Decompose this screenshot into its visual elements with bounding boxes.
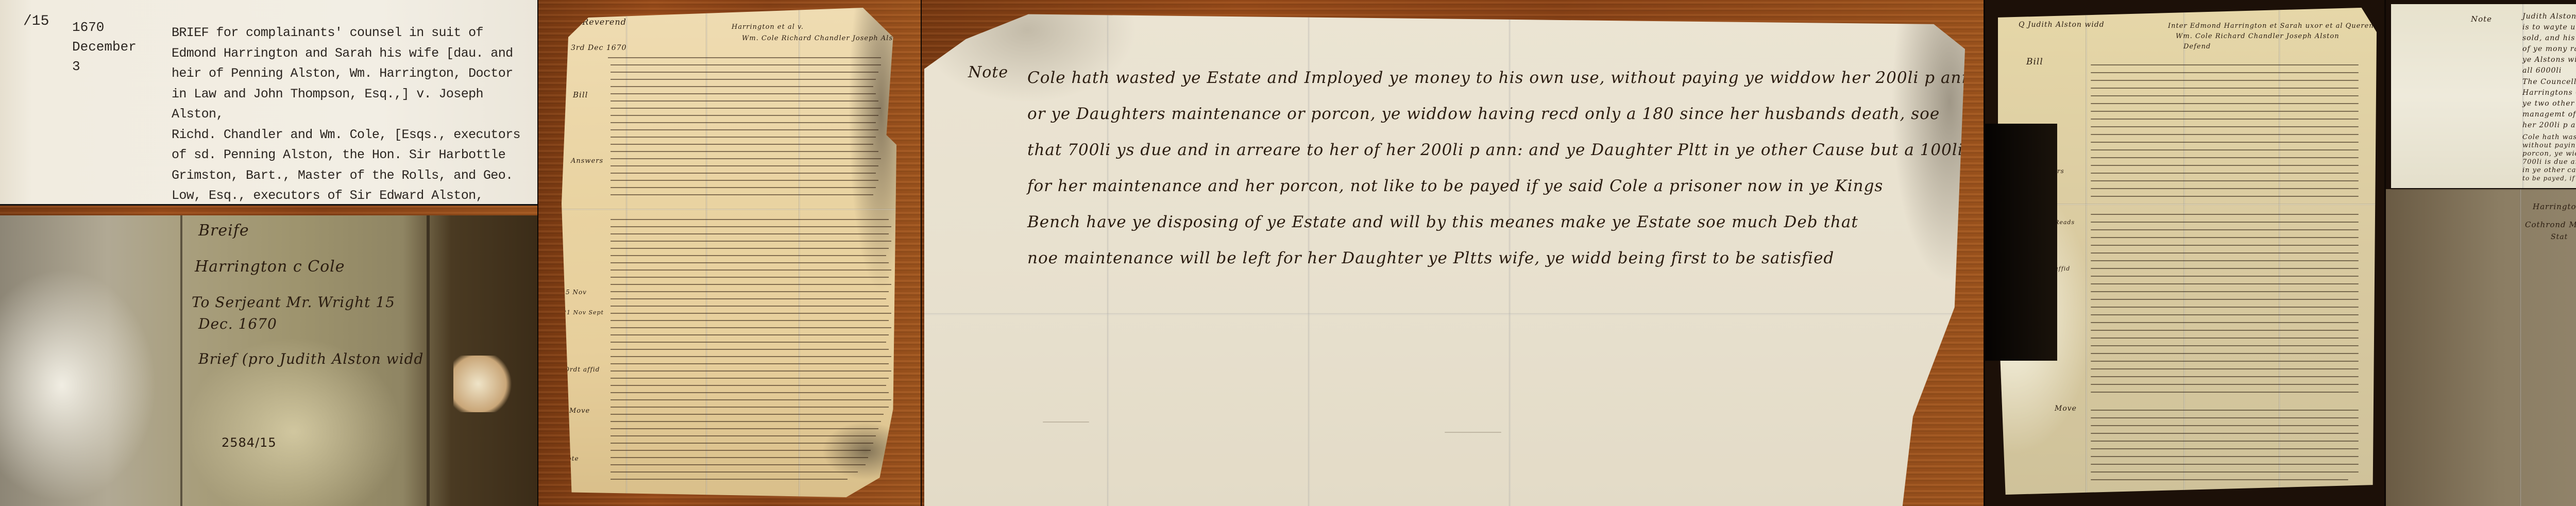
handwriting-line xyxy=(2091,111,2359,112)
handwriting-line xyxy=(2091,173,2359,174)
handwriting-line xyxy=(2091,441,2359,442)
handwriting-line xyxy=(2091,134,2359,135)
note-line: to be payed, if ye said Cole a prisoner … xyxy=(2522,175,2576,182)
handwriting-line xyxy=(611,180,878,181)
handwriting-line xyxy=(611,464,866,465)
lower-docket: Harrington and Cole Cothrond Moore et al… xyxy=(2386,189,2576,506)
handwriting-line xyxy=(2091,237,2359,238)
note-line: all 6000li xyxy=(2522,66,2562,75)
handwriting-line xyxy=(2091,64,2359,65)
copy-header: Inter Edmond Harrington et Sarah uxor et… xyxy=(2168,22,2384,30)
margin-note: Move xyxy=(2055,404,2077,413)
handwriting-line xyxy=(2091,307,2359,308)
handwriting-line xyxy=(2091,299,2359,300)
handwriting-line xyxy=(611,284,891,285)
card-line: of sd. Penning Alston, the Hon. Sir Harb… xyxy=(172,145,522,165)
fold-line xyxy=(2520,189,2521,506)
card-line: Edmond Harrington and Sarah his wife [da… xyxy=(172,43,522,64)
handwriting-line xyxy=(2091,345,2359,346)
handwriting-line xyxy=(611,151,878,152)
catalogue-date: 1670 December 3 xyxy=(72,18,137,76)
handwriting-line xyxy=(2091,276,2359,277)
handwriting-line xyxy=(611,173,876,174)
handwriting-line xyxy=(611,399,891,400)
note-line: sold, and his wifes porcon payed, accord… xyxy=(2522,34,2576,42)
panel-catalogue-card-and-docket: /15 1670 December 3 BRIEF for complainan… xyxy=(0,0,537,506)
brief-header: Harrington et al v. xyxy=(732,23,804,31)
handwriting-line xyxy=(611,194,873,195)
panel-brief-front: Q Reverend 3rd Dec 1670 Bill Answers 5 N… xyxy=(538,0,921,506)
handwriting-line xyxy=(611,277,889,278)
handwriting-line xyxy=(2091,353,2359,354)
date-day: 3 xyxy=(72,57,137,76)
note-line: managemt of ye Estate, and receiving ye … xyxy=(2522,110,2576,119)
handwriting-line xyxy=(2091,384,2359,385)
binding-shadow xyxy=(1985,124,2057,361)
panel-brief-reverse: Note Cole hath wasted ye Estate and Impl… xyxy=(922,0,1984,506)
card-line: Richd. Chandler and Wm. Cole, [Esqs., ex… xyxy=(172,125,522,145)
note-line: ye Alstons will 2000li of ye said monys … xyxy=(2522,56,2576,64)
reverse-line: Bench have ye disposing of ye Estate and… xyxy=(1027,210,1858,234)
margin-note: Bill xyxy=(573,90,588,99)
reverse-line: or ye Daughters maintenance or porcon, y… xyxy=(1027,102,1940,126)
margin-note: Note xyxy=(562,455,579,462)
margin-note: Note xyxy=(2471,14,2492,24)
handwriting-line xyxy=(611,327,891,328)
handwriting-line xyxy=(611,378,889,379)
margin-note: Note xyxy=(968,63,1008,81)
handwriting-line xyxy=(611,385,886,386)
handwriting-line xyxy=(611,407,889,408)
note-line: Judith Alston ye widdow hath also exhibi… xyxy=(2522,12,2576,21)
handwriting-line xyxy=(2091,417,2359,418)
handwriting-line xyxy=(611,479,848,480)
catalogue-reference: /15 xyxy=(23,13,49,29)
wood-background xyxy=(0,206,537,215)
handwriting-line xyxy=(2091,322,2359,323)
card-line: BRIEF for complainants' counsel in suit … xyxy=(172,23,522,43)
handwriting-line xyxy=(611,241,891,242)
handwriting-line xyxy=(611,370,891,372)
handwriting-line xyxy=(611,64,881,65)
handwriting-line xyxy=(611,79,876,80)
note-line: in ye other cause, but 100li for her mai… xyxy=(2522,166,2576,174)
fold-line xyxy=(799,8,800,497)
handwriting-line xyxy=(611,269,891,271)
handwriting-line xyxy=(611,93,876,94)
handwriting-line xyxy=(611,262,889,263)
handwriting-line xyxy=(611,129,878,130)
fold-line xyxy=(2086,8,2087,495)
fold-line xyxy=(427,215,430,506)
handwriting-line xyxy=(2091,229,2359,230)
copy-header: Wm. Cole Richard Chandler Joseph Alston xyxy=(2176,32,2340,40)
panel-note-sheet: Harrington and Cole Cothrond Moore et al… xyxy=(2386,0,2576,506)
reverse-line: noe maintenance will be left for her Dau… xyxy=(1027,246,1834,271)
docket-line: Harrington and Cole xyxy=(2533,202,2576,211)
docket-line: Breife xyxy=(198,222,249,240)
handwriting-line xyxy=(611,356,891,357)
handwriting-line xyxy=(611,414,884,415)
handwriting-line xyxy=(2091,425,2359,426)
margin-note: 21 Nov Sept xyxy=(563,309,604,316)
copy-header: Defend xyxy=(2183,43,2211,50)
handwriting-line xyxy=(611,421,881,422)
archive-number: 2584/15 xyxy=(222,435,277,450)
docket-line: Cothrond Moore et al xyxy=(2525,220,2576,229)
handwriting-line xyxy=(2091,479,2348,480)
handwriting-line xyxy=(2091,126,2359,127)
handwriting-line xyxy=(611,108,881,109)
handwriting-line xyxy=(2091,410,2359,411)
brief-reverse-sheet: Note Cole hath wasted ye Estate and Impl… xyxy=(924,9,1965,506)
note-line: 700li is due and in arreare to her of he… xyxy=(2522,158,2576,166)
torn-seal xyxy=(453,356,515,412)
handwriting-line xyxy=(2091,214,2359,215)
handwriting-line xyxy=(2091,72,2359,73)
handwriting-line xyxy=(611,320,889,321)
handwriting-line xyxy=(611,313,891,314)
handwriting-line xyxy=(2091,180,2359,181)
handwriting-line xyxy=(611,334,889,335)
handwriting-line xyxy=(2091,80,2359,81)
fold-line xyxy=(626,8,628,497)
note-line: porcon, ye widdow having recd only 100li… xyxy=(2522,150,2576,158)
margin-note: Q Judith Alston widd xyxy=(2019,21,2105,29)
handwriting-line xyxy=(608,57,881,58)
reverse-line: that 700li ys due and in arreare to her … xyxy=(1027,138,1963,162)
margin-note: Ordt affid xyxy=(564,366,600,373)
margin-note: 3rd Dec 1670 xyxy=(571,44,626,52)
handwriting-line xyxy=(611,291,889,292)
handwriting-line xyxy=(611,248,889,249)
handwriting-line xyxy=(2091,245,2359,246)
handwriting-line xyxy=(611,349,889,350)
handwriting-line xyxy=(611,115,878,116)
fold-line xyxy=(562,209,896,210)
handwriting-line xyxy=(611,233,889,234)
reverse-line: Cole hath wasted ye Estate and Imployed … xyxy=(1027,66,1972,90)
panel-brief-copy: Q Judith Alston widd Bill Answers Ordr R… xyxy=(1985,0,2384,506)
handwriting-line xyxy=(611,428,878,429)
handwriting-line xyxy=(611,72,878,73)
margin-note: Q Reverend xyxy=(572,17,626,27)
handwriting-line xyxy=(611,443,873,444)
handwriting-line xyxy=(2091,103,2359,104)
margin-note: Move xyxy=(569,407,590,415)
note-line: Harringtons Councell, agt Cole Deft in b… xyxy=(2522,89,2576,97)
handwriting-line xyxy=(611,450,871,451)
handwriting-line xyxy=(2091,376,2359,377)
handwriting-line xyxy=(2091,448,2359,449)
handwriting-line xyxy=(611,137,876,138)
fold-line xyxy=(924,313,1965,315)
handwriting-line xyxy=(611,158,881,159)
handwriting-line xyxy=(2091,95,2359,96)
handwriting-line xyxy=(2091,157,2359,158)
note-line: her 200li p ann xyxy=(2522,121,2576,129)
handwriting-line xyxy=(611,435,876,436)
handwriting-line xyxy=(611,226,891,227)
ink-bleed xyxy=(1043,421,1089,423)
handwriting-line xyxy=(611,392,889,393)
margin-note: Answers xyxy=(571,157,603,165)
handwriting-line xyxy=(611,363,889,364)
card-line: in Law and John Thompson, Esq.,] v. Jose… xyxy=(172,84,522,125)
handwriting-line xyxy=(2091,338,2359,339)
handwriting-line xyxy=(2091,268,2359,269)
handwriting-line xyxy=(611,165,878,166)
handwriting-line xyxy=(611,342,886,343)
date-year: 1670 xyxy=(72,18,137,37)
docket-line: Brief (pro Judith Alston widd xyxy=(198,350,423,367)
handwriting-line xyxy=(2091,88,2359,89)
docket-line: Stat xyxy=(2551,233,2568,241)
docket-line: Dec. 1670 xyxy=(198,315,277,332)
docket-line: Harrington c Cole xyxy=(195,258,345,276)
handwriting-line xyxy=(2091,252,2359,254)
fold-line xyxy=(706,8,707,497)
handwriting-line xyxy=(611,187,876,188)
margin-note: Bill xyxy=(2026,57,2043,67)
handwriting-line xyxy=(611,219,889,220)
handwriting-line xyxy=(2091,433,2359,434)
handwriting-line xyxy=(2091,361,2359,362)
docket-line: To Serjeant Mr. Wright 15 xyxy=(192,294,395,311)
ink-bleed xyxy=(1445,432,1501,433)
handwriting-line xyxy=(611,255,886,256)
fold-line xyxy=(180,215,182,506)
margin-note: 5 Nov xyxy=(566,289,587,296)
note-sheet: Note Judith Alston ye widdow hath also e… xyxy=(2391,4,2576,188)
handwriting-line xyxy=(2091,119,2359,120)
brief-sheet: Q Reverend 3rd Dec 1670 Bill Answers 5 N… xyxy=(562,8,896,497)
handwriting-line xyxy=(611,86,873,87)
handwriting-line xyxy=(611,306,889,307)
handwriting-line xyxy=(2091,149,2359,150)
handwriting-line xyxy=(2091,165,2359,166)
handwriting-line xyxy=(2091,260,2359,261)
handwriting-line xyxy=(2091,392,2359,393)
catalogue-card: /15 1670 December 3 BRIEF for complainan… xyxy=(0,0,537,206)
handwriting-line xyxy=(2091,456,2359,457)
handwriting-line xyxy=(2091,283,2359,284)
handwriting-line xyxy=(611,298,886,299)
note-line: ye two other Executors may be quieted an… xyxy=(2522,99,2576,108)
handwriting-line xyxy=(2091,188,2359,189)
note-line: is to wayte upon ye other, only whereas … xyxy=(2522,23,2576,31)
note-line: without paying ye widdow her 200li p ann… xyxy=(2522,142,2576,149)
handwriting-line xyxy=(611,457,868,458)
brief-header: Wm. Cole Richard Chandler Joseph Alston xyxy=(742,35,906,42)
note-line: of ye mony rayzed by ye profitts and say… xyxy=(2522,45,2576,53)
handwriting-line xyxy=(2091,471,2359,473)
handwriting-line xyxy=(611,144,873,145)
reverse-line: for her maintenance and her porcon, not … xyxy=(1027,174,1883,198)
handwriting-line xyxy=(2091,196,2359,197)
handwriting-line xyxy=(2091,464,2359,465)
handwriting-line xyxy=(611,100,878,102)
handwriting-line xyxy=(2091,314,2359,315)
handwriting-line xyxy=(2091,368,2359,369)
date-month: December xyxy=(72,37,137,57)
handwriting-line xyxy=(611,471,858,473)
card-line: heir of Penning Alston, Wm. Harrington, … xyxy=(172,63,522,84)
handwriting-line xyxy=(2091,142,2359,143)
handwriting-line xyxy=(2091,222,2359,223)
handwriting-line xyxy=(2091,330,2359,331)
handwriting-line xyxy=(2091,291,2359,292)
note-line: The Councell for Judith Alston ye widdow… xyxy=(2522,78,2576,86)
note-line: Cole hath wasted ye Estate and Imployed … xyxy=(2522,133,2576,141)
handwriting-line xyxy=(611,122,876,123)
card-line: Grimston, Bart., Master of the Rolls, an… xyxy=(172,165,522,186)
